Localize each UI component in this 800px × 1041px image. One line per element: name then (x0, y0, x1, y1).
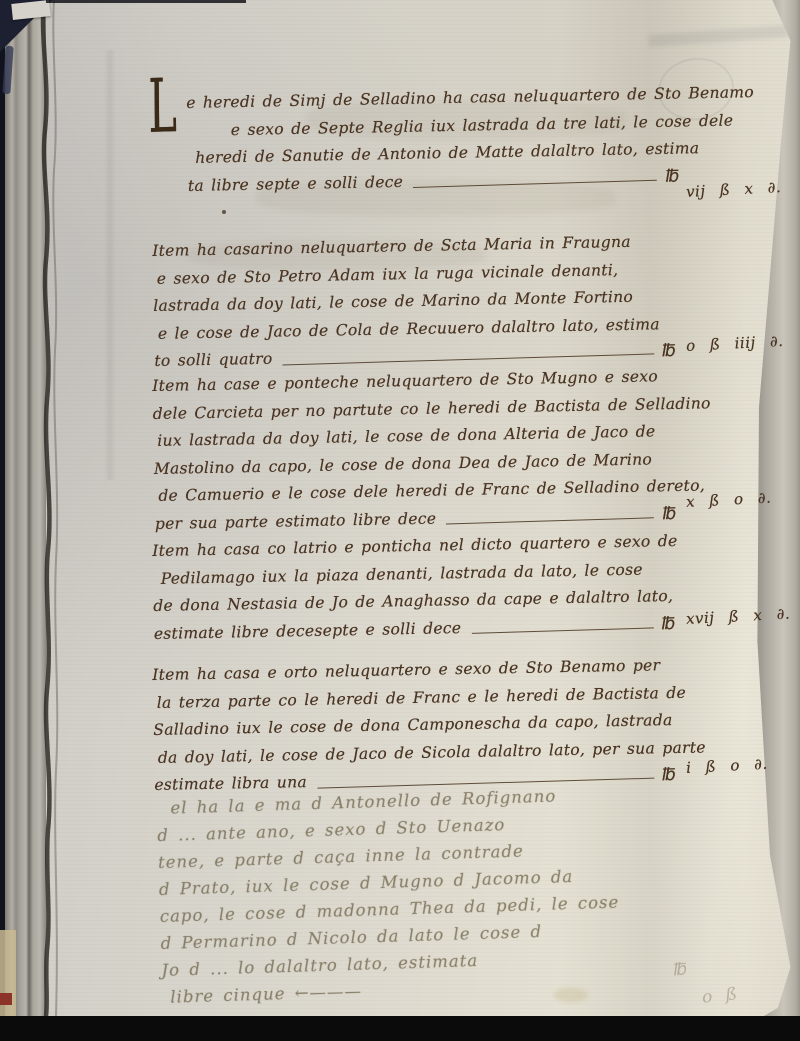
register-entry-1: e heredi de Simj de Selladino ha casa ne… (186, 81, 680, 200)
photo-background-bottom (0, 1016, 800, 1041)
faded-addendum: el ha la e ma d Antonello de Rofignano d… (156, 777, 723, 1010)
libra-symbol: ℔ (662, 500, 677, 528)
entry-line-text: ta libre septe e solli dece (188, 168, 404, 200)
tally-rule-line (413, 179, 657, 187)
tally-rule-line (471, 627, 653, 633)
red-edge-mark (0, 993, 12, 1005)
initial-capital-L: L (148, 69, 177, 144)
register-entry-2: Item ha casarino neluquartero de Scta Ma… (152, 228, 677, 375)
register-entry-4: Item ha casa co latrio e ponticha nel di… (152, 528, 676, 648)
manuscript-photo: L e heredi de Simj de Selladino ha casa … (0, 0, 800, 1041)
gutter-deckle-edge (18, 0, 88, 1018)
fold-shadow (104, 50, 116, 480)
libra-symbol: ℔ (662, 338, 677, 366)
faded-libra-mark: ℔ (671, 959, 687, 980)
faded-amount-mark: o ß (701, 984, 738, 1008)
folio-scribble (648, 25, 788, 47)
register-entry-3: Item ha case e ponteche neluquartero de … (152, 363, 677, 538)
ink-dot (222, 210, 226, 214)
page-top-edge-shadow (46, 0, 246, 3)
tally-rule-line (446, 517, 654, 524)
libra-symbol: ℔ (661, 610, 676, 638)
register-entry-5: Item ha casa e orto neluquartero e sexo … (152, 652, 677, 799)
libra-symbol: ℔ (665, 163, 680, 191)
